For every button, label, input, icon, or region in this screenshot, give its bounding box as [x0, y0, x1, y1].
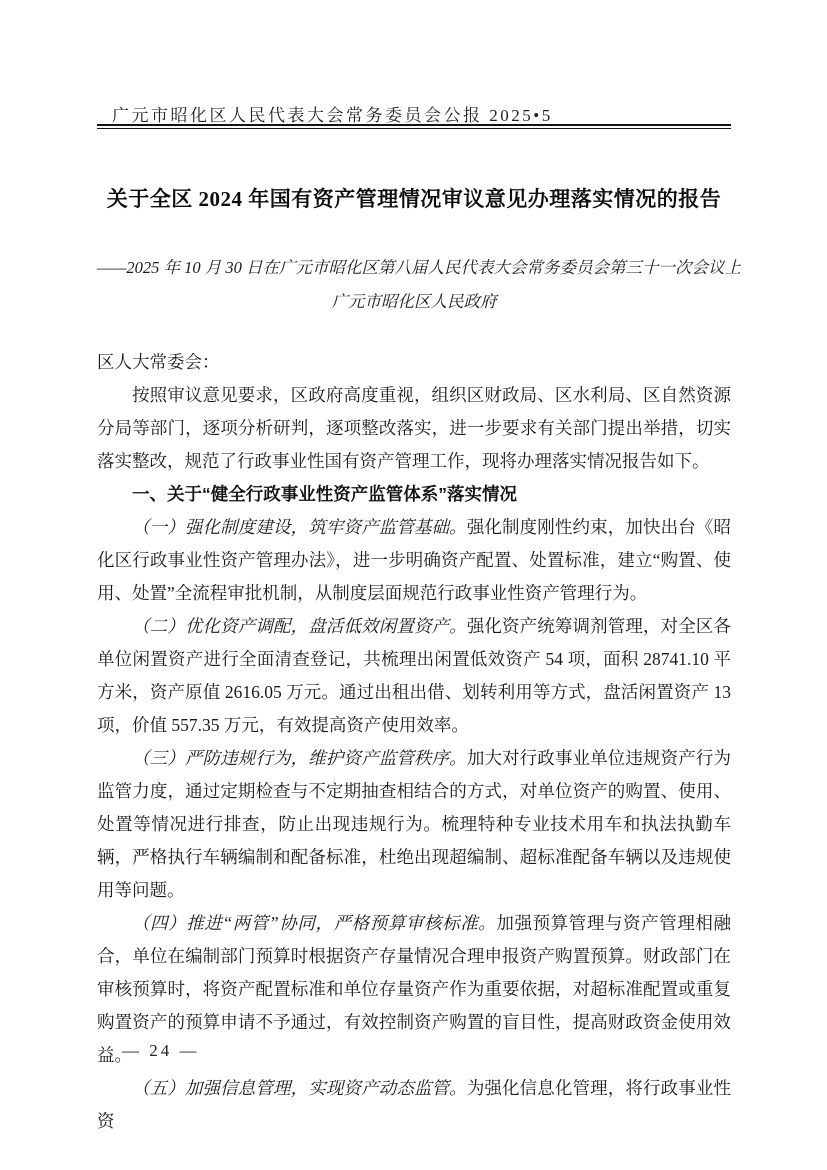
- paragraph-4-lead: （四）推进“两管”协同，严格预算审核标准。: [132, 913, 496, 933]
- report-body: 区人大常委会： 按照审议意见要求，区政府高度重视，组织区财政局、区水利局、区自然…: [97, 346, 731, 1138]
- report-title: 关于全区 2024 年国有资产管理情况审议意见办理落实情况的报告: [77, 183, 751, 213]
- page-number: — 24 —: [122, 1041, 200, 1061]
- paragraph-item-5: （五）加强信息管理，实现资产动态监管。为强化信息化管理，将行政事业性资: [97, 1072, 731, 1138]
- publication-masthead: 广元市昭化区人民代表大会常务委员会公报 2025•5: [112, 101, 553, 126]
- paragraph-item-2: （二）优化资产调配，盘活低效闲置资产。强化资产统筹调剂管理，对全区各单位闲置资产…: [97, 610, 731, 742]
- section-heading: 一、关于“健全行政事业性资产监管体系”落实情况: [97, 478, 731, 511]
- issuing-authority: 广元市昭化区人民政府: [97, 288, 731, 312]
- paragraph-1-lead: （一）强化制度建设，筑牢资产监管基础。: [132, 517, 467, 537]
- meeting-session-line: ——2025 年 10 月 30 日在广元市昭化区第八届人民代表大会常务委员会第…: [97, 254, 731, 278]
- intro-paragraph: 按照审议意见要求，区政府高度重视，组织区财政局、区水利局、区自然资源分局等部门，…: [97, 379, 731, 478]
- paragraph-5-lead: （五）加强信息管理，实现资产动态监管。: [132, 1078, 467, 1098]
- paragraph-2-lead: （二）优化资产调配，盘活低效闲置资产。: [132, 616, 467, 636]
- paragraph-item-3: （三）严防违规行为，维护资产监管秩序。加大对行政事业单位违规资产行为监管力度，通…: [97, 742, 731, 907]
- paragraph-3-text: 加大对行政事业单位违规资产行为监管力度，通过定期检查与不定期抽查相结合的方式，对…: [97, 748, 731, 900]
- header-rule: [97, 124, 731, 129]
- document-page: 广元市昭化区人民代表大会常务委员会公报 2025•5 关于全区 2024 年国有…: [0, 0, 827, 1170]
- paragraph-3-lead: （三）严防违规行为，维护资产监管秩序。: [132, 748, 467, 768]
- paragraph-item-1: （一）强化制度建设，筑牢资产监管基础。强化制度刚性约束，加快出台《昭化区行政事业…: [97, 511, 731, 610]
- salutation: 区人大常委会：: [97, 346, 731, 379]
